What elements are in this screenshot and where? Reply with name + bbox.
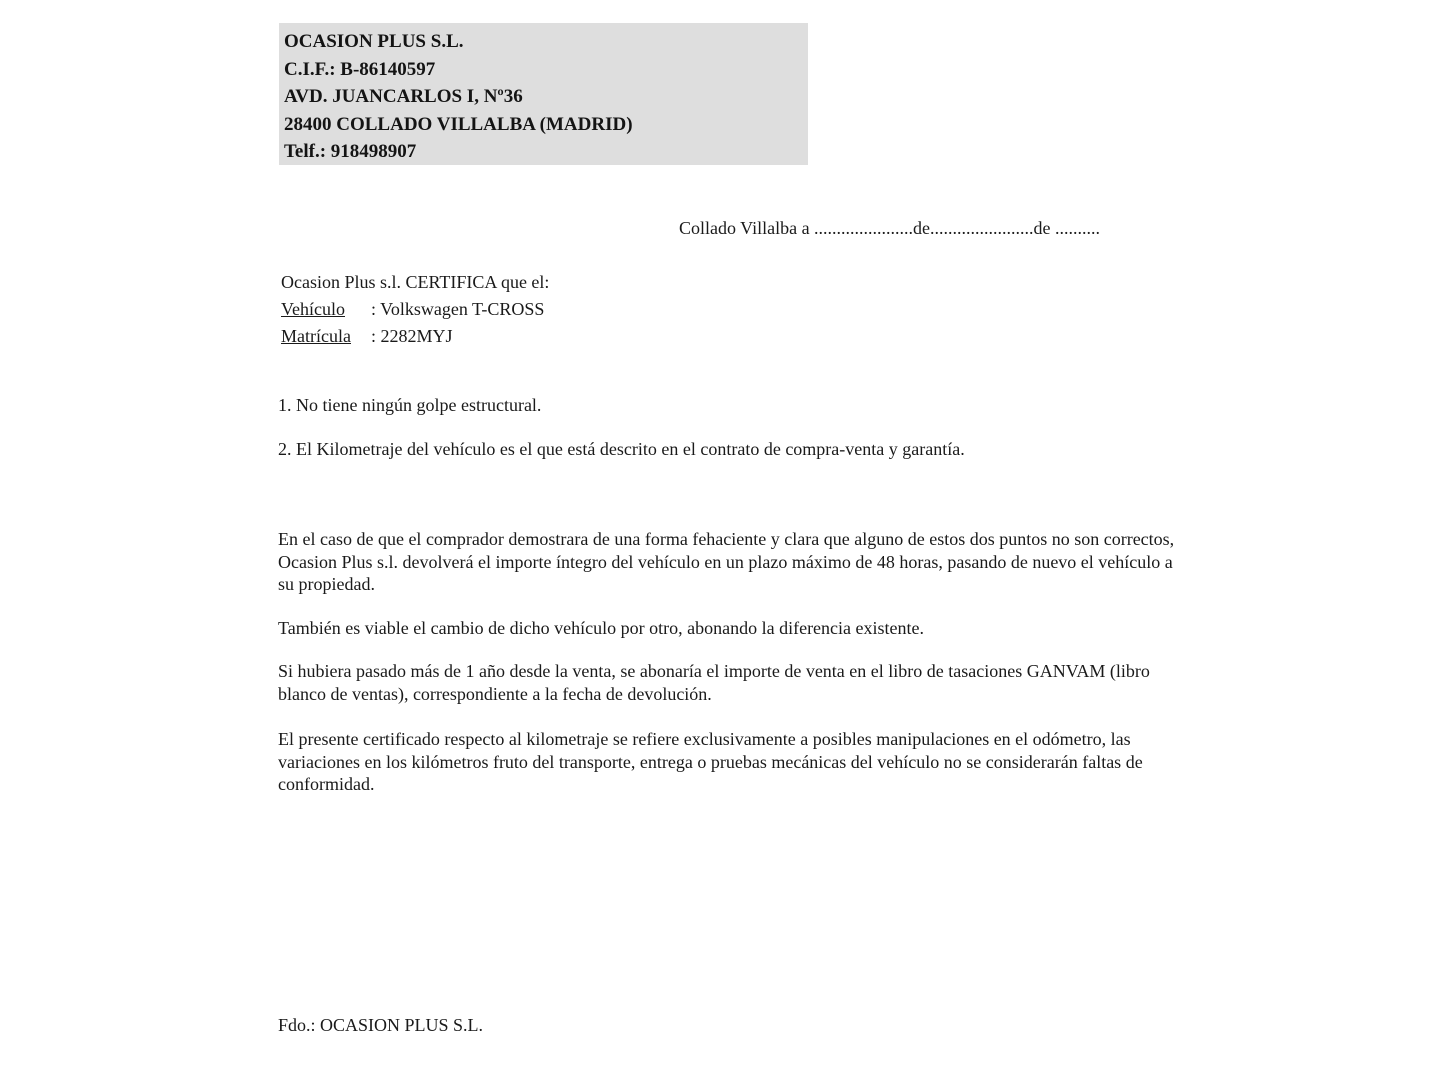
company-city: 28400 COLLADO VILLALBA (MADRID) <box>284 111 808 139</box>
plate-label: Matrícula <box>281 323 371 350</box>
paragraph-ganvam: Si hubiera pasado más de 1 año desde la … <box>278 660 1178 705</box>
vehicle-row: Vehículo: Volkswagen T-CROSS <box>281 296 549 323</box>
company-address: AVD. JUANCARLOS I, Nº36 <box>284 83 808 111</box>
company-header: OCASION PLUS S.L. C.I.F.: B-86140597 AVD… <box>279 23 808 165</box>
paragraph-odometer: El presente certificado respecto al kilo… <box>278 728 1178 796</box>
company-cif: C.I.F.: B-86140597 <box>284 56 808 84</box>
point-1: 1. No tiene ningún golpe estructural. <box>278 394 1178 417</box>
point-2: 2. El Kilometraje del vehículo es el que… <box>278 438 1178 461</box>
signature: Fdo.: OCASION PLUS S.L. <box>278 1015 483 1036</box>
date-line: Collado Villalba a .....................… <box>679 218 1100 239</box>
company-phone: Telf.: 918498907 <box>284 138 808 166</box>
vehicle-value: : Volkswagen T-CROSS <box>371 299 544 319</box>
plate-value: : 2282MYJ <box>371 326 453 346</box>
paragraph-refund: En el caso de que el comprador demostrar… <box>278 528 1178 596</box>
paragraph-exchange: También es viable el cambio de dicho veh… <box>278 617 1178 640</box>
company-name: OCASION PLUS S.L. <box>284 28 808 56</box>
certificate-intro: Ocasion Plus s.l. CERTIFICA que el: <box>281 269 549 296</box>
certificate-block: Ocasion Plus s.l. CERTIFICA que el: Vehí… <box>281 269 549 350</box>
plate-row: Matrícula: 2282MYJ <box>281 323 549 350</box>
vehicle-label: Vehículo <box>281 296 371 323</box>
